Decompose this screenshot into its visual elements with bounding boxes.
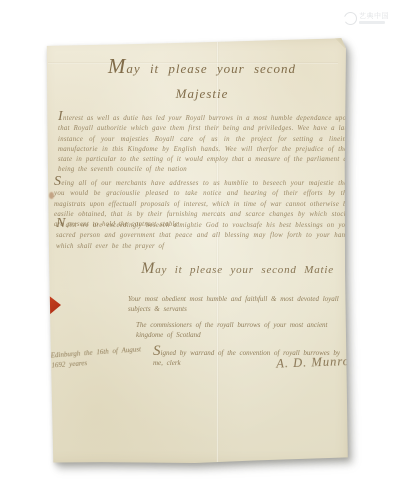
red-wax-seal-fragment: [42, 292, 61, 323]
site-watermark: 艺典中国: [344, 8, 396, 28]
dateline-edinburgh-1692: Edinburgh the 16th of August 1692 yeares: [50, 344, 153, 370]
closing-address: Your most obedient most humble and faith…: [128, 294, 356, 314]
dog-ear-corner: [335, 37, 346, 48]
manuscript-heading: May it please your second Majestie: [82, 50, 322, 104]
closing-signatories: The commissioners of the royall burrows …: [136, 320, 348, 340]
manuscript-sheet: May it please your second Majestie Inter…: [40, 36, 350, 466]
vertical-fold-crease: [216, 42, 219, 462]
watermark-subtext-bar: [359, 21, 385, 24]
manuscript-paragraph-1: Interest as well as dutie has led your R…: [58, 112, 350, 176]
watermark-label: 艺典中国: [359, 13, 389, 20]
clerk-signature: A. D. Munro: [238, 354, 350, 373]
manuscript-subheading: May it please your second Matie: [130, 260, 345, 278]
watermark-text-block: 艺典中国: [359, 13, 389, 24]
manuscript-paragraph-3: Naist we are exceedingly beseech almight…: [56, 219, 352, 252]
swoosh-logo-icon: [344, 12, 357, 25]
manuscript-photo: May it please your second Majestie Inter…: [40, 36, 350, 466]
